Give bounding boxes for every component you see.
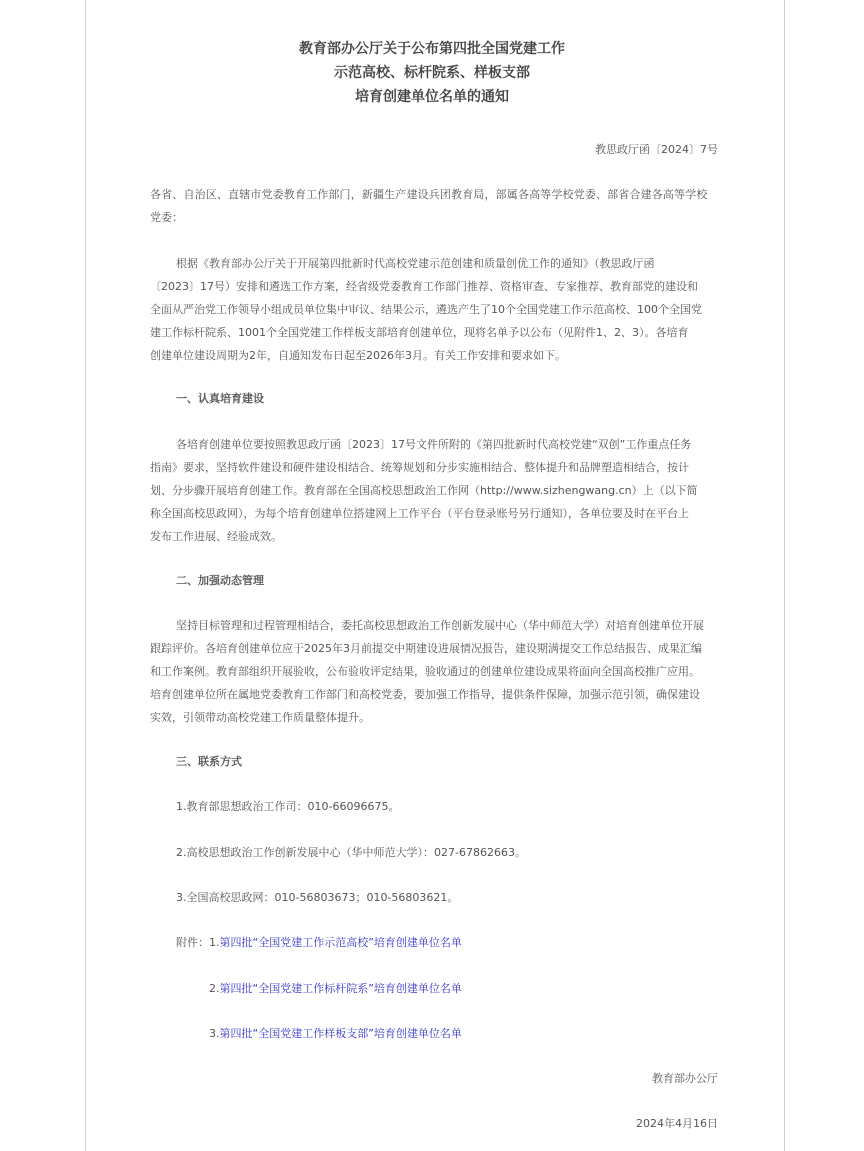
section-heading-3: 三、联系方式 — [176, 753, 242, 769]
section-2-line-1: 坚持目标管理和过程管理相结合，委托高校思想政治工作创新发展中心（华中师范大学）对… — [176, 617, 704, 633]
issue-date: 2024年4月16日 — [636, 1115, 718, 1131]
intro-line-5: 创建单位建设周期为2年，自通知发布日起至2026年3月。有关工作安排和要求如下。 — [150, 347, 566, 363]
attachment-2-number: 2. — [209, 982, 220, 995]
document-title-line-2: 示范高校、标杆院系、样板支部 — [0, 62, 864, 82]
document-title-line-3: 培育创建单位名单的通知 — [0, 86, 864, 106]
document-title-line-1: 教育部办公厅关于公布第四批全国党建工作 — [0, 38, 864, 58]
attachment-row-1: 附件：1.第四批“全国党建工作示范高校”培育创建单位名单 — [176, 934, 462, 950]
intro-line-2: 〔2023〕17号）安排和遴选工作方案，经省级党委教育工作部门推荐、资格审查、专… — [150, 278, 698, 294]
section-heading-2: 二、加强动态管理 — [176, 572, 264, 588]
attachment-1-number: 1. — [209, 936, 220, 949]
attachments-label: 附件： — [176, 936, 209, 949]
section-1-line-5: 发布工作进展、经验成效。 — [150, 528, 282, 544]
section-1-line-3: 划、分步骤开展培育创建工作。教育部在全国高校思想政治工作网（http://www… — [150, 482, 698, 498]
contact-1: 1.教育部思想政治工作司：010-66096675。 — [176, 798, 399, 814]
section-1-line-1: 各培育创建单位要按照教思政厅函〔2023〕17号文件所附的《第四批新时代高校党建… — [176, 436, 691, 452]
attachment-3-link[interactable]: 第四批“全国党建工作样板支部”培育创建单位名单 — [220, 1027, 462, 1040]
attachment-3-number: 3. — [209, 1027, 220, 1040]
section-1-line-2: 指南》要求，坚持软件建设和硬件建设相结合、统筹规划和分步实施相结合、整体提升和品… — [150, 459, 689, 475]
section-2-line-3: 和工作案例。教育部组织开展验收，公布验收评定结果，验收通过的创建单位建设成果将面… — [150, 663, 700, 679]
signature: 教育部办公厅 — [652, 1070, 718, 1086]
section-1-line-4: 称全国高校思政网），为每个培育创建单位搭建网上工作平台（平台登录账号另行通知），… — [150, 505, 689, 521]
intro-line-4: 建工作标杆院系、1001个全国党建工作样板支部培育创建单位，现将名单予以公布（见… — [150, 324, 689, 340]
addressee-line-2: 党委： — [150, 209, 183, 225]
attachment-2-link[interactable]: 第四批“全国党建工作标杆院系”培育创建单位名单 — [220, 982, 462, 995]
section-2-line-4: 培育创建单位所在属地党委教育工作部门和高校党委，要加强工作指导，提供条件保障，加… — [150, 686, 700, 702]
intro-line-1: 根据《教育部办公厅关于开展第四批新时代高校党建示范创建和质量创优工作的通知》（教… — [176, 255, 655, 271]
contact-2: 2.高校思想政治工作创新发展中心（华中师范大学）：027-67862663。 — [176, 844, 526, 860]
addressee-line-1: 各省、自治区、直辖市党委教育工作部门，新疆生产建设兵团教育局，部属各高等学校党委… — [150, 186, 708, 202]
attachment-row-3: 3.第四批“全国党建工作样板支部”培育创建单位名单 — [209, 1025, 462, 1041]
attachment-1-link[interactable]: 第四批“全国党建工作示范高校”培育创建单位名单 — [220, 936, 462, 949]
document-number: 教思政厅函〔2024〕7号 — [595, 141, 718, 157]
section-heading-1: 一、认真培育建设 — [176, 390, 264, 406]
contact-3: 3.全国高校思政网：010-56803673；010-56803621。 — [176, 889, 458, 905]
intro-line-3: 全面从严治党工作领导小组成员单位集中审议、结果公示，遴选产生了10个全国党建工作… — [150, 301, 702, 317]
section-2-line-5: 实效，引领带动高校党建工作质量整体提升。 — [150, 709, 370, 725]
section-2-line-2: 跟踪评价。各培育创建单位应于2025年3月前提交中期建设进展情况报告，建设期满提… — [150, 640, 702, 656]
attachment-row-2: 2.第四批“全国党建工作标杆院系”培育创建单位名单 — [209, 980, 462, 996]
